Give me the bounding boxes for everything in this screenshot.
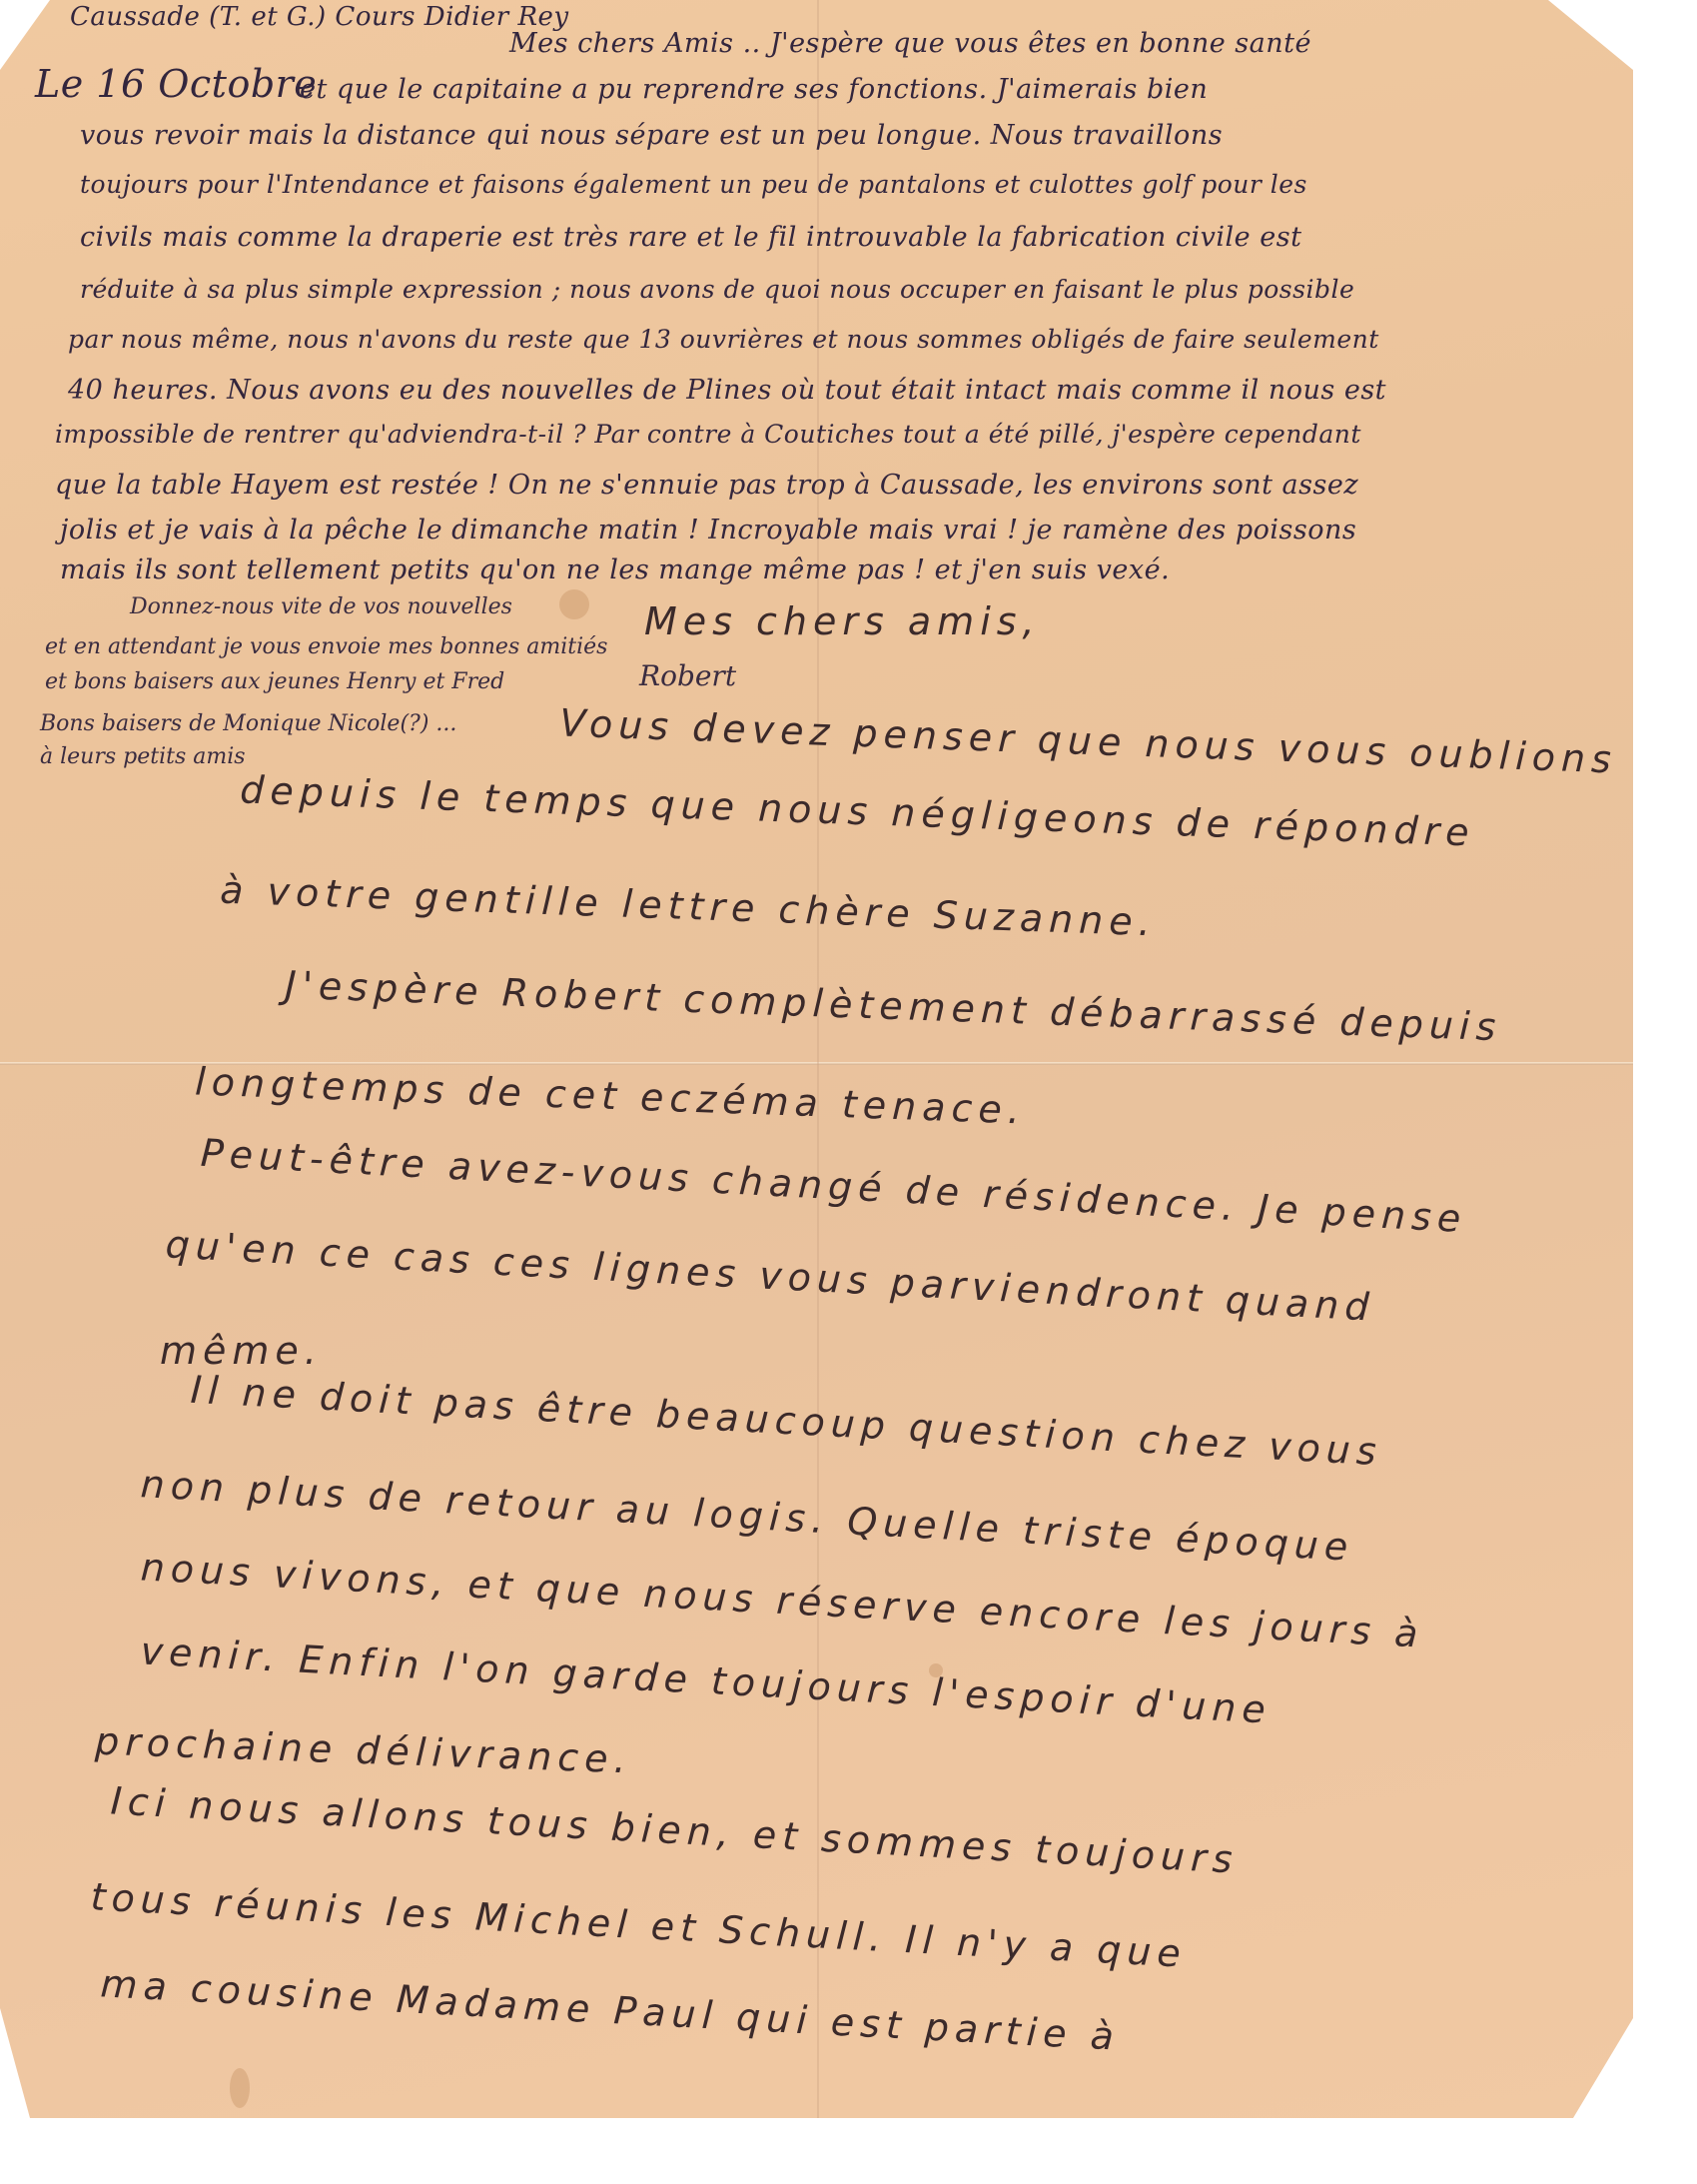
vertical-fold-crease — [817, 0, 819, 2118]
body-line: Ici nous allons tous bien, et sommes tou… — [110, 1778, 1240, 1881]
closing-line: à leurs petits amis — [40, 744, 246, 769]
ink-stain — [559, 589, 589, 619]
body-line: même. — [160, 1329, 323, 1373]
body-line: toujours pour l'Intendance et faisons ég… — [80, 170, 1307, 199]
body-line: J'espère Robert complètement débarrassé … — [285, 963, 1502, 1050]
body-line: Vous devez penser que nous vous oublions — [559, 701, 1618, 782]
sender-address: Caussade (T. et G.) Cours Didier Rey — [70, 2, 569, 32]
body-line: Il ne doit pas être beaucoup question ch… — [190, 1368, 1383, 1474]
body-line: qu'en ce cas ces lignes vous parviendron… — [165, 1222, 1376, 1329]
greeting-line: Mes chers Amis .. J'espère que vous êtes… — [509, 28, 1311, 59]
body-line: tous réunis les Michel et Schull. Il n'y… — [90, 1874, 1188, 1975]
body-line: mais ils sont tellement petits qu'on ne … — [60, 554, 1170, 585]
signature: Robert — [639, 659, 736, 692]
body-line: réduite à sa plus simple expression ; no… — [80, 275, 1354, 304]
body-line: depuis le temps que nous négligeons de r… — [240, 767, 1476, 854]
body-line: jolis et je vais à la pêche le dimanche … — [60, 515, 1356, 546]
body-line: ma cousine Madame Paul qui est partie à — [100, 1961, 1122, 2058]
body-line: par nous même, nous n'avons du reste que… — [68, 325, 1379, 354]
body-line: impossible de rentrer qu'adviendra-t-il … — [55, 420, 1361, 449]
body-line: et que le capitaine a pu reprendre ses f… — [300, 74, 1208, 105]
body-line: civils mais comme la draperie est très r… — [80, 222, 1301, 253]
body-line: vous revoir mais la distance qui nous sé… — [80, 120, 1223, 151]
second-greeting: Mes chers amis, — [644, 599, 1041, 643]
body-line: longtemps de cet eczéma tenace. — [194, 1059, 1026, 1132]
letter-date: Le 16 Octobre — [35, 62, 317, 106]
body-line: à votre gentille lettre chère Suzanne. — [220, 868, 1158, 945]
closing-line: et en attendant je vous envoie mes bonne… — [45, 634, 607, 659]
body-line: non plus de retour au logis. Quelle tris… — [140, 1462, 1355, 1570]
letter-paper: Caussade (T. et G.) Cours Didier Rey Mes… — [0, 0, 1633, 2118]
body-line: 40 heures. Nous avons eu des nouvelles d… — [68, 375, 1386, 406]
body-line: venir. Enfin l'on garde toujours l'espoi… — [140, 1629, 1273, 1731]
closing-line: Bons baisers de Monique Nicole(?) ... — [40, 711, 456, 736]
closing-line: et bons baisers aux jeunes Henry et Fred — [45, 669, 504, 694]
body-line: Peut-être avez-vous changé de résidence.… — [200, 1131, 1468, 1241]
body-line: que la table Hayem est restée ! On ne s'… — [55, 470, 1358, 501]
ink-stain — [230, 2068, 250, 2108]
closing-line: Donnez-nous vite de vos nouvelles — [130, 594, 512, 619]
body-line: prochaine délivrance. — [94, 1719, 632, 1782]
